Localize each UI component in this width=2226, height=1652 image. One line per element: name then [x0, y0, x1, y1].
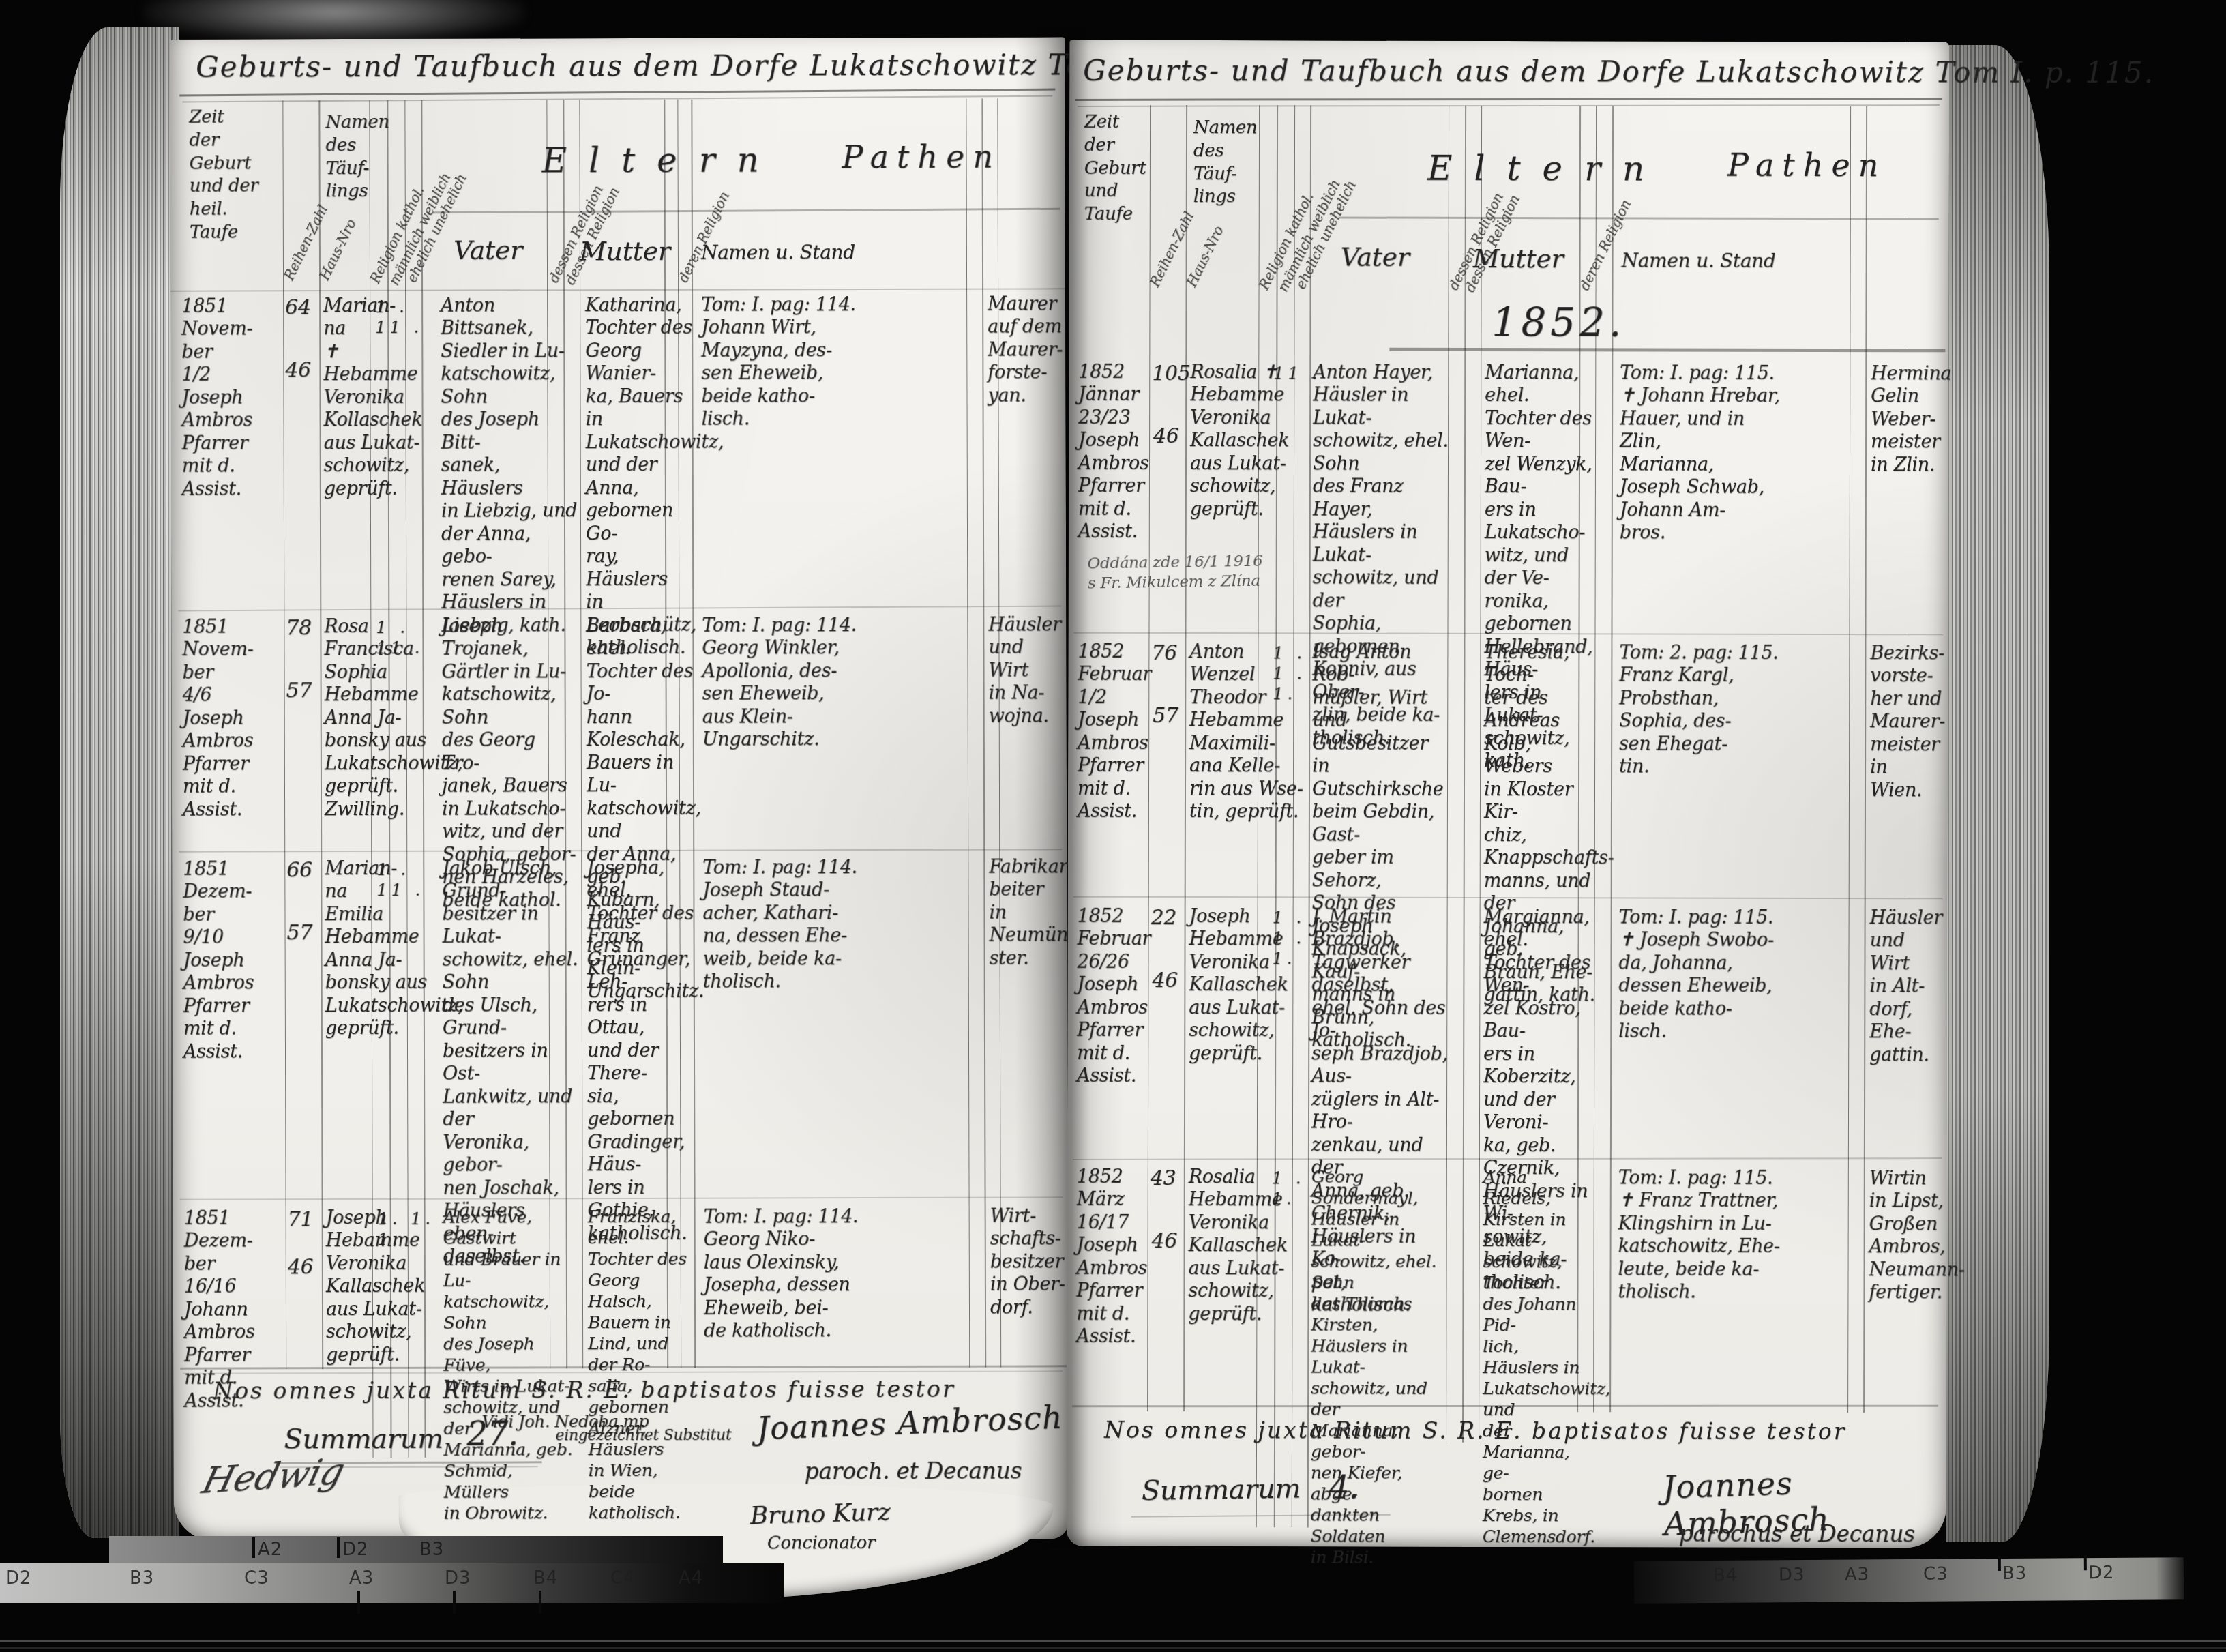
film-density-band-upper: A2 D2 B3: [109, 1536, 723, 1563]
entry-number: 64: [285, 295, 318, 320]
entry-number: 43: [1151, 1166, 1186, 1191]
density-label: B3: [130, 1568, 154, 1589]
summary-label: Summarum: [1142, 1473, 1301, 1507]
entry-godparent-status-cell: Häusler und Wirt in Na- wojna.: [988, 613, 1063, 728]
page-title: Geburts- und Taufbuch aus dem Dorfe Luka…: [1083, 54, 1942, 89]
entry-tally-marks: 1 . 11 .: [376, 618, 441, 659]
entry-house-number: 57: [286, 678, 319, 703]
header-vater: Vater: [454, 235, 522, 265]
entry-date-cell: 1851 Dezem- ber 9/10 Joseph Ambros Pfarr…: [183, 857, 286, 1063]
registered-note: eingezeichnet Substitut: [555, 1427, 731, 1445]
left-page: Geburts- und Taufbuch aus dem Dorfe Luka…: [170, 37, 1069, 1541]
header-pathen: Pathen: [1727, 147, 1886, 183]
column-rule: [1183, 105, 1187, 1411]
density-tick: [453, 1591, 456, 1614]
entry-godparent-status-cell: Wirt- schafts- besitzer in Ober- dorf.: [990, 1205, 1065, 1319]
book-left-page-stack: [60, 27, 179, 1538]
entry-godparents-cell: Tom: I. pag: 114. Johann Wirt, Mayzyna, …: [701, 293, 961, 431]
book-right-page-stack: [1946, 45, 2049, 1542]
film-density-wedge-left: D2 B3 C3 A3 D3 B4 C4 A4: [0, 1563, 784, 1603]
header-bottom-rule: [170, 288, 1065, 291]
attestation-rule: [1072, 1405, 1938, 1408]
attestation-line: Nos omnes juxta Ritum S. R. E. baptisato…: [1104, 1417, 1888, 1445]
priest-signature-title: parochus et Decanus: [1679, 1520, 1915, 1548]
register-entry: 1852 Februar 1/2 Joseph Ambros Pfarrer m…: [1068, 640, 1948, 643]
entry-mother-cell: Josepha, ehel. Tochter des Franz Grünang…: [587, 857, 696, 1245]
entry-number: 22: [1151, 905, 1187, 930]
entry-number: 76: [1151, 640, 1187, 666]
entry-house-number: 46: [288, 1254, 321, 1280]
density-label: C4: [610, 1568, 636, 1589]
entry-date-cell: 1852 März 16/17 Joseph Ambros Pfarrer mi…: [1076, 1166, 1152, 1348]
density-tick: [1998, 1556, 2001, 1571]
density-label: D2: [5, 1568, 32, 1589]
register-entry: 1852 Februar 26/26 Joseph Ambros Pfarrer…: [1068, 905, 1948, 907]
header-pathen: Pathen: [842, 138, 1001, 176]
entry-date-cell: 1852 Februar 26/26 Joseph Ambros Pfarrer…: [1077, 905, 1153, 1088]
entry-house-number: 46: [285, 357, 318, 383]
entry-date-cell: 1851 Novem- ber 1/2 Joseph Ambros Pfarre…: [181, 295, 284, 501]
entry-house-number: 46: [1153, 424, 1186, 449]
header-pathen-sub: Namen u. Stand: [701, 241, 855, 264]
second-signature: Bruno Kurz: [750, 1498, 891, 1530]
header-rule: [1339, 216, 1939, 220]
entry-house-number: 57: [1153, 703, 1185, 728]
second-signature-title: Concionator: [767, 1533, 875, 1553]
header-pathen-sub: Namen u. Stand: [1622, 249, 1776, 271]
density-label: A4: [679, 1568, 703, 1589]
density-label: C3: [244, 1568, 269, 1589]
page-title: Geburts- und Taufbuch aus dem Dorfe Luka…: [196, 48, 1055, 83]
column-rule: [1479, 106, 1482, 1443]
entry-tally-marks: 1 . 11 .: [376, 860, 441, 901]
column-rule: [1462, 106, 1466, 1443]
density-label: B3: [419, 1539, 444, 1560]
microfilm-frame: Geburts- und Taufbuch aus dem Dorfe Luka…: [0, 0, 2226, 1652]
entry-godparent-status-cell: Bezirks- vorste- her und Maurer- meister…: [1870, 642, 1945, 802]
frame-edge-line: [0, 1647, 2226, 1649]
density-tick: [337, 1537, 340, 1558]
entry-number: 78: [286, 615, 318, 640]
entry-godparents-cell: Tom: I. pag: 114. Georg Niko- laus Olexi…: [704, 1205, 964, 1343]
priest-signature-title: paroch. et Decanus: [805, 1457, 1022, 1484]
year-underline: [1389, 348, 1945, 353]
density-label: D3: [445, 1568, 471, 1589]
register-entry: 1852 Jännar 23/23 Joseph Ambros Pfarrer …: [1069, 361, 1948, 363]
density-label: B3: [2002, 1563, 2028, 1584]
density-label: B4: [533, 1568, 558, 1589]
header-zeit: Zeit der Geburt und der heil. Taufe: [189, 106, 258, 244]
entry-godparents-cell: Tom: I. pag: 114. Georg Winkler, Apollon…: [702, 614, 962, 752]
priest-signature: Joannes Ambrosch: [756, 1398, 1064, 1447]
title-rule: [1075, 98, 1942, 101]
entry-number: 71: [288, 1207, 321, 1232]
right-page: Geburts- und Taufbuch aus dem Dorfe Luka…: [1067, 40, 1950, 1548]
entry-godparents-cell: Tom: I. pag: 115. ✝ Franz Trattner, Klin…: [1618, 1166, 1870, 1304]
entry-godparent-status-cell: Häusler und Wirt in Alt- dorf, Ehe- gatt…: [1869, 906, 1944, 1067]
film-density-wedge-right: B4 D3 A3 C3 B3 D2: [1634, 1557, 2184, 1604]
entry-godparents-cell: Tom: I. pag: 114. Joseph Staud- acher, K…: [702, 856, 962, 994]
summary-value: 4.: [1329, 1469, 1359, 1505]
density-tick: [252, 1537, 255, 1558]
entry-child-name-cell: Rosalia ✝ Hebamme Veronika Kallaschek au…: [1190, 361, 1313, 521]
entry-mother-cell: Anna Riedels, Kirsten in Lukat- schowitz…: [1483, 1166, 1599, 1547]
summary-value: 27.: [466, 1415, 518, 1453]
entry-godparents-cell: Tom: 2. pag: 115. Franz Kargl, Probsthan…: [1619, 641, 1871, 779]
entry-tally-marks: 1 . 11 .: [375, 297, 440, 338]
year-heading: 1852.: [1492, 299, 1625, 345]
register-entry: 1851 Novem- ber 1/2 Joseph Ambros Pfarre…: [170, 293, 1065, 295]
register-entry: 1852 März 16/17 Joseph Ambros Pfarrer mi…: [1067, 1166, 1947, 1168]
summary-label: Summarum: [284, 1424, 443, 1456]
entry-tally-marks: 1. 1. 1.: [378, 1209, 443, 1250]
entry-date-cell: 1851 Novem- ber 4/6 Joseph Ambros Pfarre…: [182, 615, 285, 821]
entry-godparent-status-cell: Fabrikar- beiter in Neumün- ster.: [989, 855, 1064, 970]
entry-number: 105: [1152, 361, 1187, 386]
entry-godparents-cell: Tom: I. pag: 115. ✝ Joseph Swobo- da, Jo…: [1618, 906, 1871, 1044]
film-smear: [143, 0, 525, 44]
density-label: D2: [342, 1539, 369, 1560]
entry-mother-cell: Franziska, ehel. Tochter des Georg Halsc…: [588, 1206, 698, 1523]
entry-house-number: 46: [1152, 968, 1185, 993]
density-tick: [539, 1591, 541, 1614]
density-label: A2: [258, 1539, 282, 1560]
density-label: D3: [1779, 1565, 1805, 1585]
entry-father-cell: Georg Sondermayl, Häusler in Lukat- scho…: [1311, 1166, 1448, 1567]
density-label: A3: [349, 1568, 374, 1589]
header-zeit: Zeit der Geburt und Taufe: [1084, 111, 1146, 226]
title-rule: [1078, 104, 1940, 107]
density-label: B4: [1713, 1565, 1738, 1586]
density-label: D2: [2088, 1563, 2115, 1583]
entry-mother-cell: Katharina, Tochter des Georg Wanier- ka,…: [585, 294, 695, 660]
density-tick: [357, 1591, 360, 1614]
entry-date-cell: 1852 Februar 1/2 Joseph Ambros Pfarrer m…: [1078, 640, 1153, 823]
title-rule: [179, 89, 1055, 97]
title-rule: [182, 95, 1052, 103]
entry-number: 66: [286, 857, 319, 883]
entry-house-number: 46: [1152, 1228, 1185, 1254]
entry-godparent-status-cell: Wirtin in Lipst, Großen Ambros, Neumann-…: [1869, 1167, 1944, 1304]
entry-godparents-cell: Tom: I. pag: 115. ✝ Johann Hrebar, Hauer…: [1620, 362, 1873, 545]
entry-father-cell: Alex Füve, Gastwirt und Bräuer in Lu- ka…: [443, 1206, 580, 1524]
entry-godparent-status-cell: Hermina Gelin Weber- meister in Zlin.: [1871, 362, 1946, 477]
density-label: A3: [1845, 1564, 1870, 1584]
entry-father-cell: Anton Bittsanek, Siedler in Lu- katschow…: [441, 294, 578, 637]
density-tick: [2084, 1555, 2087, 1570]
entry-date-cell: 1852 Jännar 23/23 Joseph Ambros Pfarrer …: [1078, 361, 1154, 544]
entry-house-number: 57: [287, 920, 320, 945]
entry-godparent-status-cell: Maurer auf dem Maurer- forste- yan.: [988, 293, 1063, 407]
frame-edge-line: [0, 1640, 2226, 1642]
density-label: C3: [1923, 1564, 1948, 1584]
attestation-line: Nos omnes juxta Ritum S. R. E. baptisato…: [213, 1375, 1031, 1404]
header-vater: Vater: [1341, 241, 1410, 271]
vidi-flourish-signature: Hedwig: [198, 1451, 348, 1503]
